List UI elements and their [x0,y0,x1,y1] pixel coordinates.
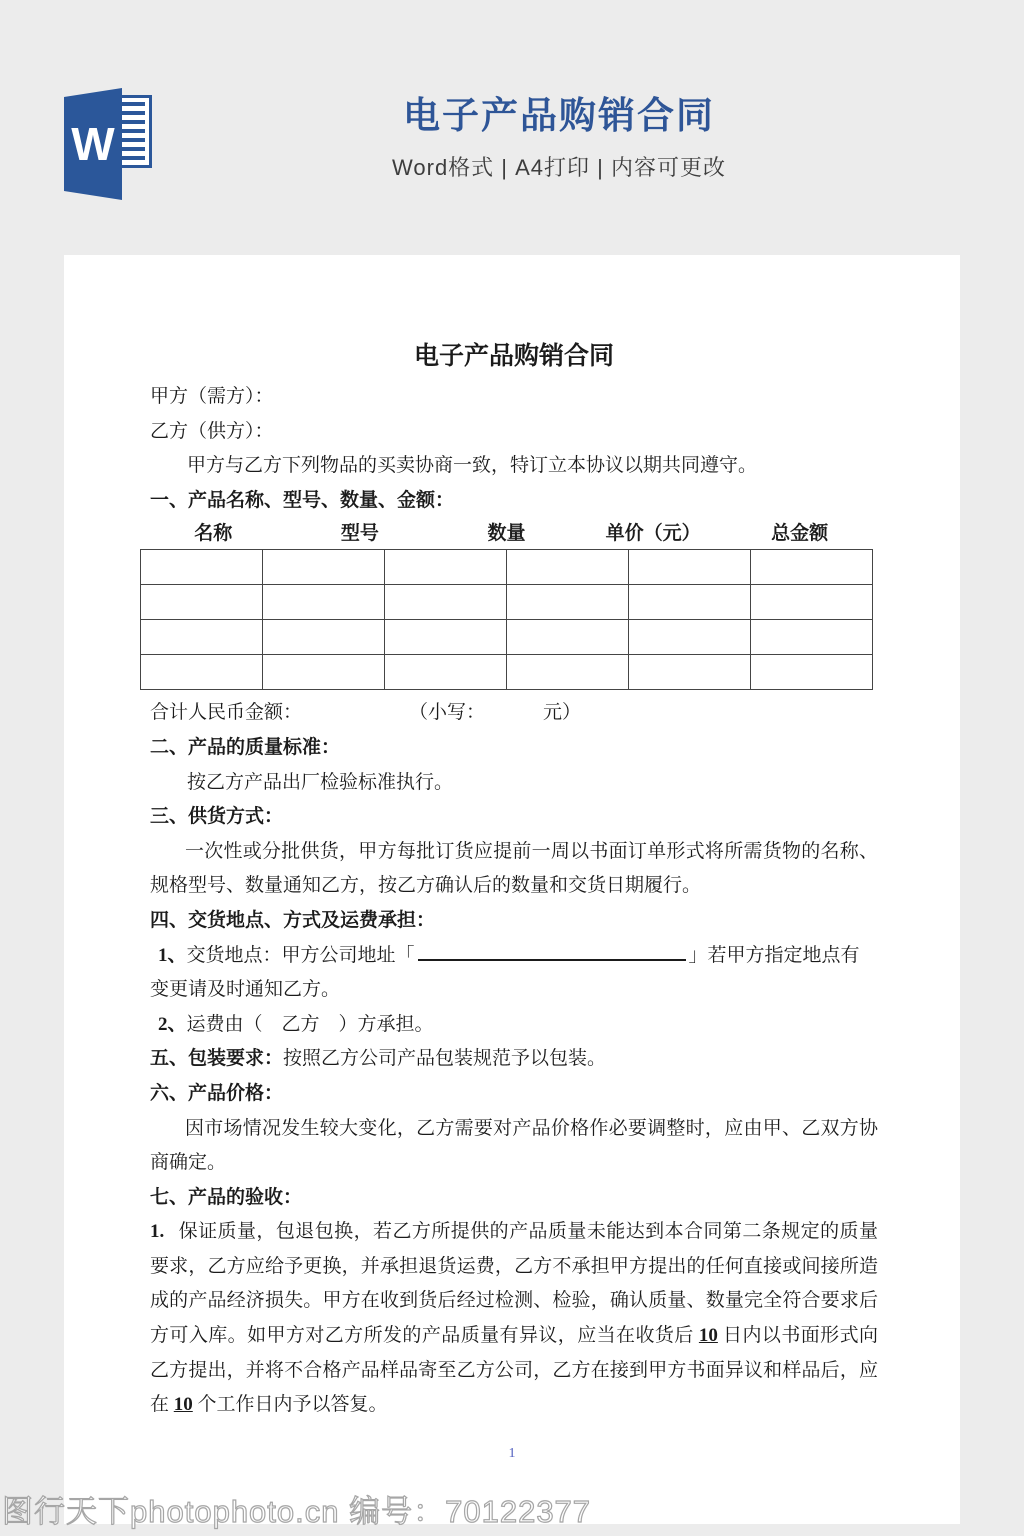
party-a-line: 甲方（需方）： [150,380,878,415]
table-cell [751,550,873,585]
section4-item2: 2、运费由（ 乙方 ）方承担。 [150,1008,878,1043]
table-cell [629,550,751,585]
days-value-2: 10 [174,1394,193,1415]
column-header: 总金额 [726,518,873,549]
section7-item: 1.保证质量，包退包换，若乙方所提供的产品质量未能达到本合同第二条规定的质量要求… [150,1215,878,1423]
table-cell [385,550,507,585]
table-cell [385,620,507,655]
section5-heading: 五、包装要求： [150,1048,283,1069]
table-cell [141,620,263,655]
column-header: 名称 [140,518,287,549]
product-table-grid [140,549,873,690]
document-page: 电子产品购销合同 甲方（需方）： 乙方（供方）： 甲方与乙方下列物品的买卖协商一… [64,255,960,1524]
table-row [141,655,873,690]
section4-item1: 1、交货地点：甲方公司地址「」若甲方指定地点有变更请及时通知乙方。 [150,939,878,1008]
table-cell [263,655,385,690]
table-cell [507,620,629,655]
table-cell [751,620,873,655]
section7-heading: 七、产品的验收： [150,1181,878,1216]
section6-heading: 六、产品价格： [150,1077,878,1112]
table-row [141,585,873,620]
doc-title: 电子产品购销合同 [150,337,878,377]
table-row [141,620,873,655]
section3-heading: 三、供货方式： [150,800,878,835]
product-table-headers: 名称型号数量单价（元）总金额 [140,518,873,549]
template-header: W 电子产品购销合同 Word格式 | A4打印 | 内容可更改 [0,0,1024,255]
section3-body: 一次性或分批供货，甲方每批订货应提前一周以书面订单形式将所需货物的名称、规格型号… [150,835,878,904]
product-table-body [141,550,873,690]
total-unit: 元） [543,702,581,723]
table-cell [263,550,385,585]
table-cell [263,585,385,620]
column-header: 型号 [287,518,434,549]
watermark: 图行天下photophoto.cn 编号：70122377 [2,1486,591,1531]
section2-body: 按乙方产品出厂检验标准执行。 [150,766,878,801]
product-table: 名称型号数量单价（元）总金额 [140,518,873,690]
table-cell [751,585,873,620]
header-text: 电子产品购销合同 Word格式 | A4打印 | 内容可更改 [190,94,928,182]
column-header: 数量 [433,518,580,549]
section1-heading: 一、产品名称、型号、数量、金额： [150,484,878,519]
table-cell [263,620,385,655]
total-amount-line: 合计人民币金额：（小写：元） [150,696,878,731]
item2-number: 2、 [158,1014,187,1035]
document-content: 电子产品购销合同 甲方（需方）： 乙方（供方）： 甲方与乙方下列物品的买卖协商一… [64,255,960,1423]
table-row [141,550,873,585]
page-number: 1 [64,1446,960,1462]
word-flag-icon: W [64,88,122,200]
table-cell [141,585,263,620]
section5-body: 按照乙方公司产品包装规范予以包装。 [283,1048,606,1069]
item1-number: 1、 [158,945,187,966]
total-small-label: （小写： [409,702,485,723]
table-cell [629,655,751,690]
party-b-line: 乙方（供方）： [150,415,878,450]
template-subtitle: Word格式 | A4打印 | 内容可更改 [190,151,928,182]
acceptance-text-3: 个工作日内予以答复。 [193,1394,388,1415]
table-cell [385,585,507,620]
total-label: 合计人民币金额： [150,702,302,723]
table-cell [751,655,873,690]
template-title: 电子产品购销合同 [190,94,928,138]
table-cell [507,550,629,585]
section6-body: 因市场情况发生较大变化，乙方需要对产品价格作必要调整时，应由甲、乙双方协商确定。 [150,1112,878,1181]
table-cell [629,620,751,655]
intro-line: 甲方与乙方下列物品的买卖协商一致，特订立本协议以期共同遵守。 [150,449,878,484]
item1-pre-text: 交货地点：甲方公司地址「 [187,945,415,966]
table-cell [385,655,507,690]
table-cell [141,550,263,585]
days-value-1: 10 [699,1325,718,1346]
section2-heading: 二、产品的质量标准： [150,731,878,766]
table-cell [629,585,751,620]
word-letter: W [71,121,114,167]
section5-line: 五、包装要求：按照乙方公司产品包装规范予以包装。 [150,1042,878,1077]
table-cell [507,655,629,690]
table-cell [141,655,263,690]
table-cell [507,585,629,620]
item-number: 1. [150,1221,164,1242]
word-icon: W [62,88,160,200]
section4-heading: 四、交货地点、方式及运费承担： [150,904,878,939]
column-header: 单价（元） [580,518,727,549]
address-blank [418,940,686,961]
item2-text: 运费由（ 乙方 ）方承担。 [187,1014,434,1035]
